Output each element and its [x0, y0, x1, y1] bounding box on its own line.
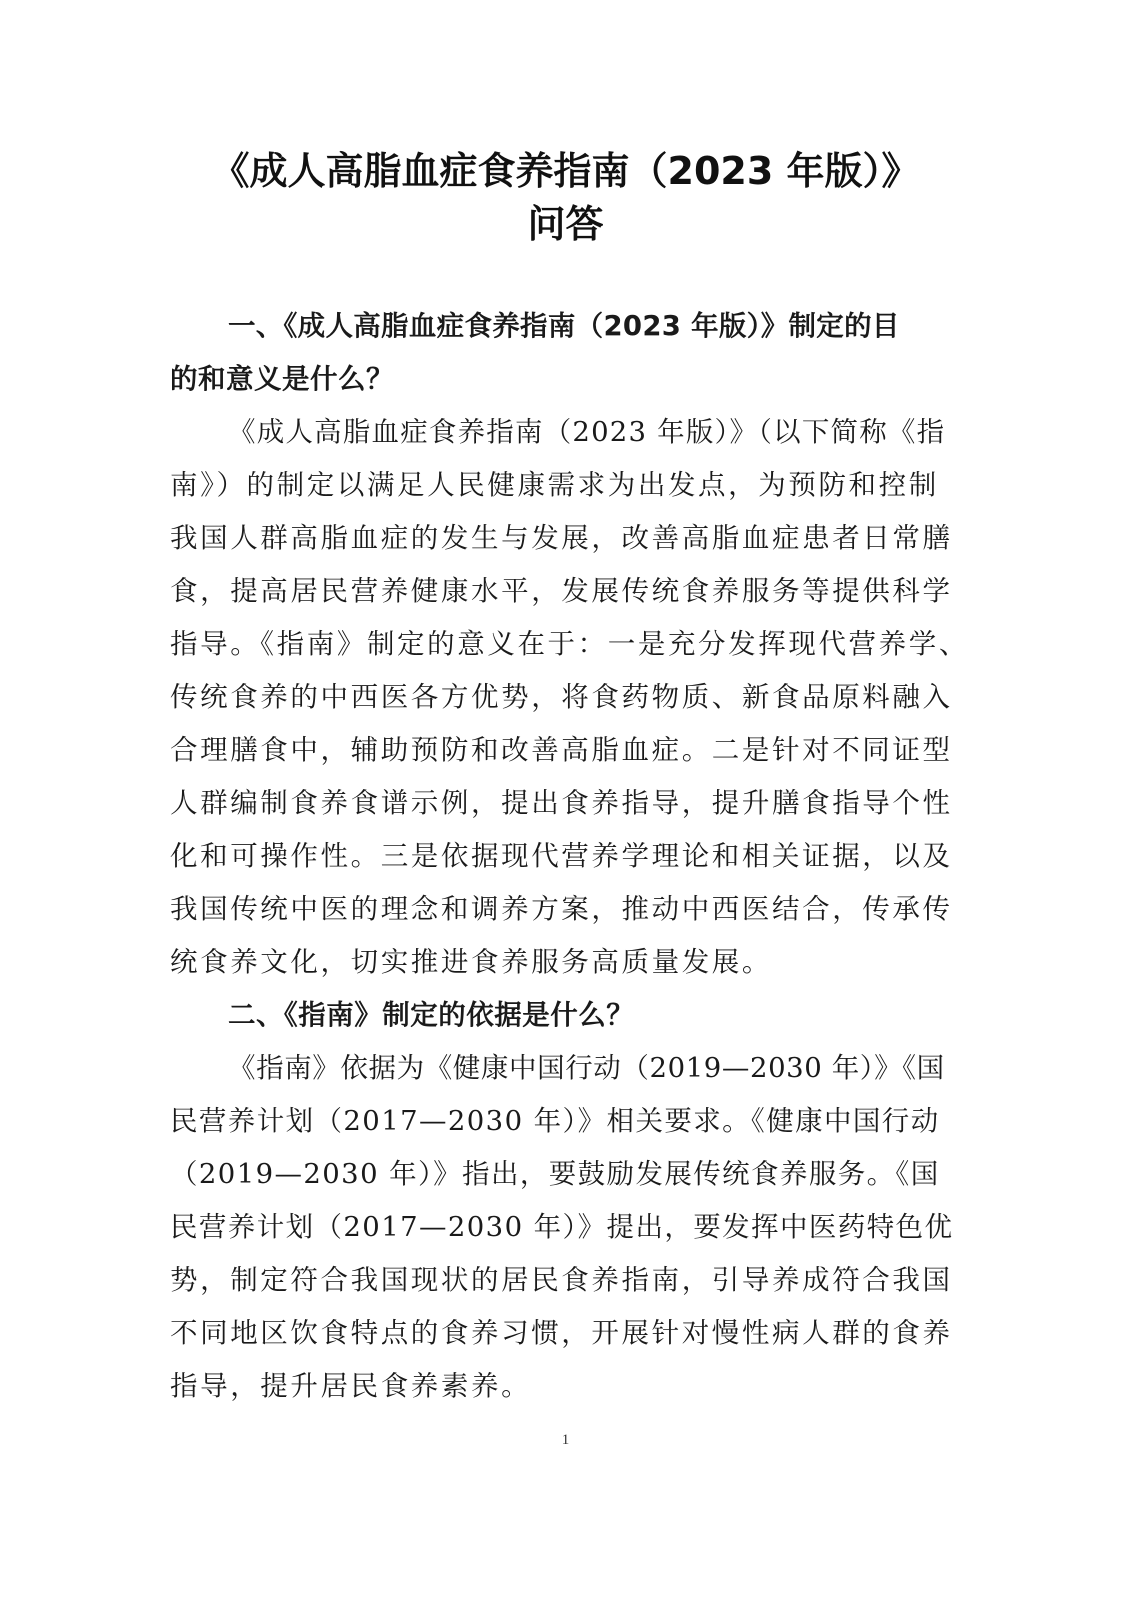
section-1-paragraph-line: 南》）的制定以满足人民健康需求为出发点，为预防和控制 [170, 459, 962, 512]
section-2-paragraph-line: （2019—2030 年）》指出，要鼓励发展传统食养服务。《国 [170, 1148, 962, 1201]
section-1-paragraph-line: 食，提高居民营养健康水平，发展传统食养服务等提供科学 [170, 565, 962, 618]
section-1-heading-line-2: 的和意义是什么？ [170, 353, 962, 406]
section-1-paragraph-line: 合理膳食中，辅助预防和改善高脂血症。二是针对不同证型 [170, 724, 962, 777]
section-2-paragraph-line: 指导，提升居民食养素养。 [170, 1360, 962, 1413]
document-body: 一、《成人高脂血症食养指南（2023 年版）》制定的目 的和意义是什么？ 《成人… [170, 300, 962, 1413]
document-title-line-1: 《成人高脂血症食养指南（2023 年版）》 [0, 140, 1131, 195]
page-number: 1 [0, 1432, 1131, 1449]
section-2-paragraph-line: 《指南》依据为《健康中国行动（2019—2030 年）》《国 [170, 1042, 962, 1095]
section-2-paragraph-line: 民营养计划（2017—2030 年）》相关要求。《健康中国行动 [170, 1095, 962, 1148]
section-1-paragraph-line: 统食养文化，切实推进食养服务高质量发展。 [170, 936, 962, 989]
section-1-paragraph-line: 我国传统中医的理念和调养方案，推动中西医结合，传承传 [170, 883, 962, 936]
document-page: 《成人高脂血症食养指南（2023 年版）》 问答 一、《成人高脂血症食养指南（2… [0, 0, 1131, 1600]
section-1-paragraph-line: 指导。《指南》制定的意义在于：一是充分发挥现代营养学、 [170, 618, 962, 671]
section-2-paragraph-line: 民营养计划（2017—2030 年）》提出，要发挥中医药特色优 [170, 1201, 962, 1254]
section-2-paragraph-line: 势，制定符合我国现状的居民食养指南，引导养成符合我国 [170, 1254, 962, 1307]
section-2-paragraph-line: 不同地区饮食特点的食养习惯，开展针对慢性病人群的食养 [170, 1307, 962, 1360]
section-1-paragraph-line: 化和可操作性。三是依据现代营养学理论和相关证据，以及 [170, 830, 962, 883]
section-1-heading-line-1: 一、《成人高脂血症食养指南（2023 年版）》制定的目 [170, 300, 962, 353]
section-1-paragraph-line: 人群编制食养食谱示例，提出食养指导，提升膳食指导个性 [170, 777, 962, 830]
section-1-paragraph-line: 我国人群高脂血症的发生与发展，改善高脂血症患者日常膳 [170, 512, 962, 565]
section-2-heading: 二、《指南》制定的依据是什么？ [170, 989, 962, 1042]
section-1-paragraph-line: 《成人高脂血症食养指南（2023 年版）》（以下简称《指 [170, 406, 962, 459]
section-1-paragraph-line: 传统食养的中西医各方优势，将食药物质、新食品原料融入 [170, 671, 962, 724]
document-title-line-2: 问答 [0, 193, 1131, 248]
